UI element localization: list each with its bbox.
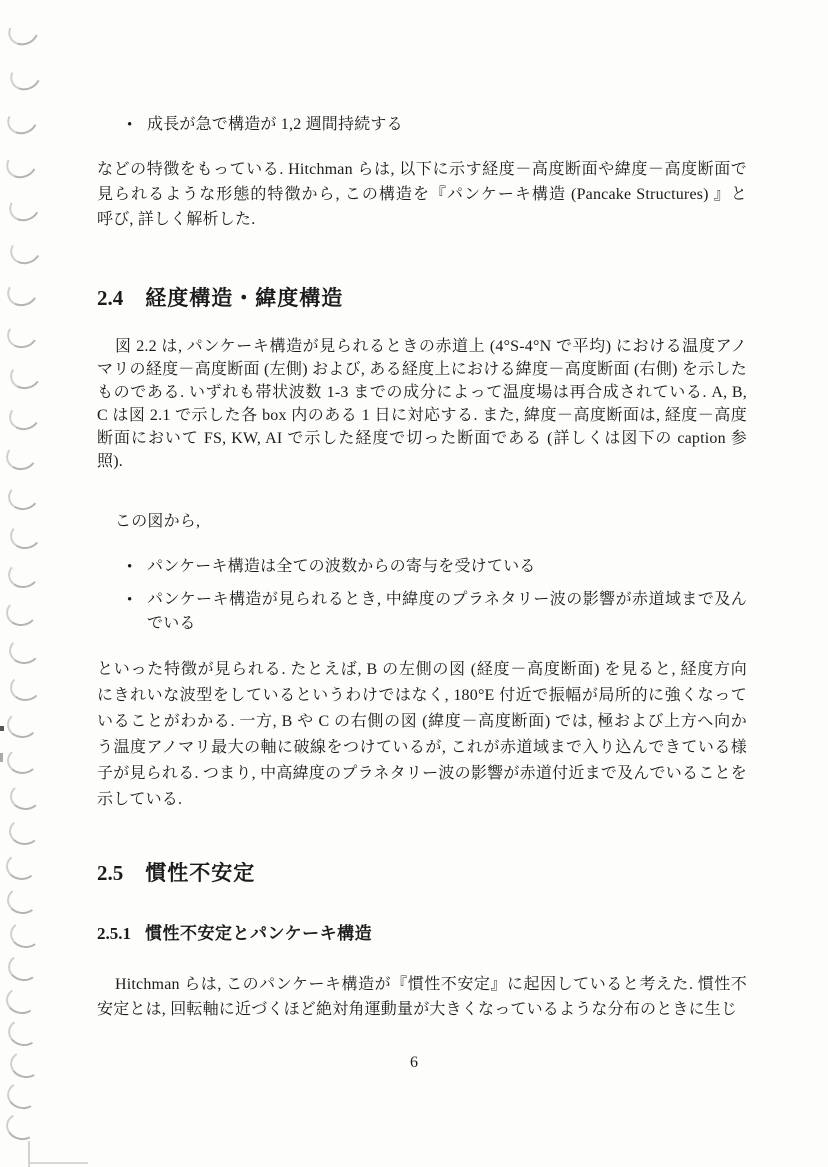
body-line: 照). xyxy=(97,450,747,473)
bullet-item: • 成長が急で構造が 1,2 週間持続する xyxy=(97,113,747,137)
body-line: 安定とは, 回転軸に近づくほど絶対角運動量が大きくなっているような分布のときに生… xyxy=(97,997,747,1022)
binding-hole xyxy=(8,636,41,665)
binding-hole xyxy=(7,952,41,983)
binding-hole xyxy=(6,480,41,512)
section-title: 慣性不安定とパンケーキ構造 xyxy=(145,924,372,943)
scanned-thesis-page: • 成長が急で構造が 1,2 週間持続する などの特徴をもっている. Hitch… xyxy=(0,0,828,1167)
bullet-text: でいる xyxy=(147,612,747,636)
section-number: 2.4 xyxy=(97,286,123,310)
binding-hole xyxy=(6,747,37,774)
body-line: マリの経度－高度断面 (左側) および, ある経度上における緯度－高度断面 (右… xyxy=(97,358,747,381)
binding-hole xyxy=(9,673,41,702)
binding-hole xyxy=(9,783,40,810)
binding-hole xyxy=(2,146,40,182)
scan-artifact-left-tick xyxy=(0,726,4,731)
section-heading-2-4: 2.4経度構造・緯度構造 xyxy=(97,283,747,314)
binding-hole xyxy=(5,852,38,881)
binding-hole xyxy=(4,440,40,472)
bullet-text: パンケーキ構造は全ての波数からの寄与を受けている xyxy=(147,555,747,579)
binding-holes xyxy=(0,0,60,1167)
page-number: 6 xyxy=(0,1052,828,1074)
body-line: などの特徴をもっている. Hitchman らは, 以下に示す経度－高度断面や緯… xyxy=(97,157,747,182)
binding-hole xyxy=(6,559,40,590)
scan-artifact-left-tick xyxy=(0,753,3,762)
body-line: C は図 2.1 で示した各 box 内のある 1 日に対応する. また, 緯度… xyxy=(97,404,747,427)
scan-artifact-bottom-edge xyxy=(30,1162,88,1164)
body-line: 見られるような形態的特徴から, この構造を『パンケーキ構造 (Pancake S… xyxy=(97,182,747,207)
page-content: • 成長が急で構造が 1,2 週間持続する などの特徴をもっている. Hitch… xyxy=(97,0,747,1167)
paragraph: といった特徴が見られる. たとえば, B の左側の図 (経度－高度断面) を見る… xyxy=(97,657,747,813)
bullet-dot-icon: • xyxy=(127,555,147,579)
body-line: 図 2.2 は, パンケーキ構造が見られるときの赤道上 (4°S-4°N で平均… xyxy=(97,335,747,358)
binding-hole xyxy=(8,520,43,551)
subsection-heading-2-5-1: 2.5.1慣性不安定とパンケーキ構造 xyxy=(97,921,747,947)
binding-hole xyxy=(7,359,43,393)
section-title: 経度構造・緯度構造 xyxy=(145,287,343,310)
binding-hole xyxy=(4,13,43,50)
body-line: といった特徴が見られる. たとえば, B の左側の図 (経度－高度断面) を見る… xyxy=(97,657,747,683)
binding-hole xyxy=(9,919,43,949)
binding-hole xyxy=(4,985,39,1016)
binding-hole xyxy=(3,275,40,310)
binding-hole xyxy=(6,1017,41,1049)
body-line: にきれいな波型をしているというわけではなく, 180°E 付近で振幅が局所的に強… xyxy=(97,683,747,709)
binding-hole xyxy=(6,58,45,95)
body-line: ものである. いずれも帯状波数 1-3 までの成分によって温度場は再合成されてい… xyxy=(97,381,747,404)
binding-hole xyxy=(5,190,43,226)
binding-hole xyxy=(9,817,41,845)
binding-hole xyxy=(6,886,39,915)
binding-hole xyxy=(5,598,39,628)
bullet-item: • パンケーキ構造は全ての波数からの寄与を受けている xyxy=(97,555,747,579)
body-line: この図から, xyxy=(97,510,747,534)
body-line: Hitchman らは, このパンケーキ構造が『慣性不安定』に起因していると考え… xyxy=(97,972,747,997)
bullet-dot-icon: • xyxy=(127,113,147,137)
section-title: 慣性不安定 xyxy=(145,862,255,885)
paragraph: などの特徴をもっている. Hitchman らは, 以下に示す経度－高度断面や緯… xyxy=(97,157,747,232)
binding-hole xyxy=(4,1109,41,1143)
paragraph: 図 2.2 は, パンケーキ構造が見られるときの赤道上 (4°S-4°N で平均… xyxy=(97,335,747,473)
section-number: 2.5 xyxy=(97,861,123,885)
bullet-text: 成長が急で構造が 1,2 週間持続する xyxy=(147,113,747,137)
body-line: う温度アノマリ最大の軸に破線をつけているが, これが赤道域まで入り込んできている… xyxy=(97,735,747,761)
binding-hole xyxy=(4,317,41,351)
section-number: 2.5.1 xyxy=(97,924,131,943)
body-line: 示している. xyxy=(97,787,747,813)
paragraph: Hitchman らは, このパンケーキ構造が『慣性不安定』に起因していると考え… xyxy=(97,972,747,1022)
lead-line: この図から, xyxy=(97,510,747,534)
bullet-item: • パンケーキ構造が見られるとき, 中緯度のプラネタリー波の影響が赤道域まで及ん… xyxy=(97,588,747,636)
binding-hole xyxy=(5,1079,41,1112)
body-line: いることがわかる. 一方, B や C の右側の図 (緯度－高度断面) では, … xyxy=(97,709,747,735)
bullet-text: パンケーキ構造が見られるとき, 中緯度のプラネタリー波の影響が赤道域まで及ん xyxy=(147,588,747,612)
body-line: 断面において FS, KW, AI で示した経度で切った断面である (詳しくは図… xyxy=(97,427,747,450)
binding-hole xyxy=(6,400,42,433)
bullet-dot-icon: • xyxy=(127,588,147,612)
section-heading-2-5: 2.5慣性不安定 xyxy=(97,858,747,889)
body-line: 呼び, 詳しく解析した. xyxy=(97,207,747,232)
binding-hole xyxy=(4,102,43,138)
binding-hole xyxy=(6,233,44,268)
body-line: 子が見られる. つまり, 中高緯度のプラネタリー波の影響が赤道付近まで及んでいる… xyxy=(97,761,747,787)
binding-hole xyxy=(6,710,38,738)
